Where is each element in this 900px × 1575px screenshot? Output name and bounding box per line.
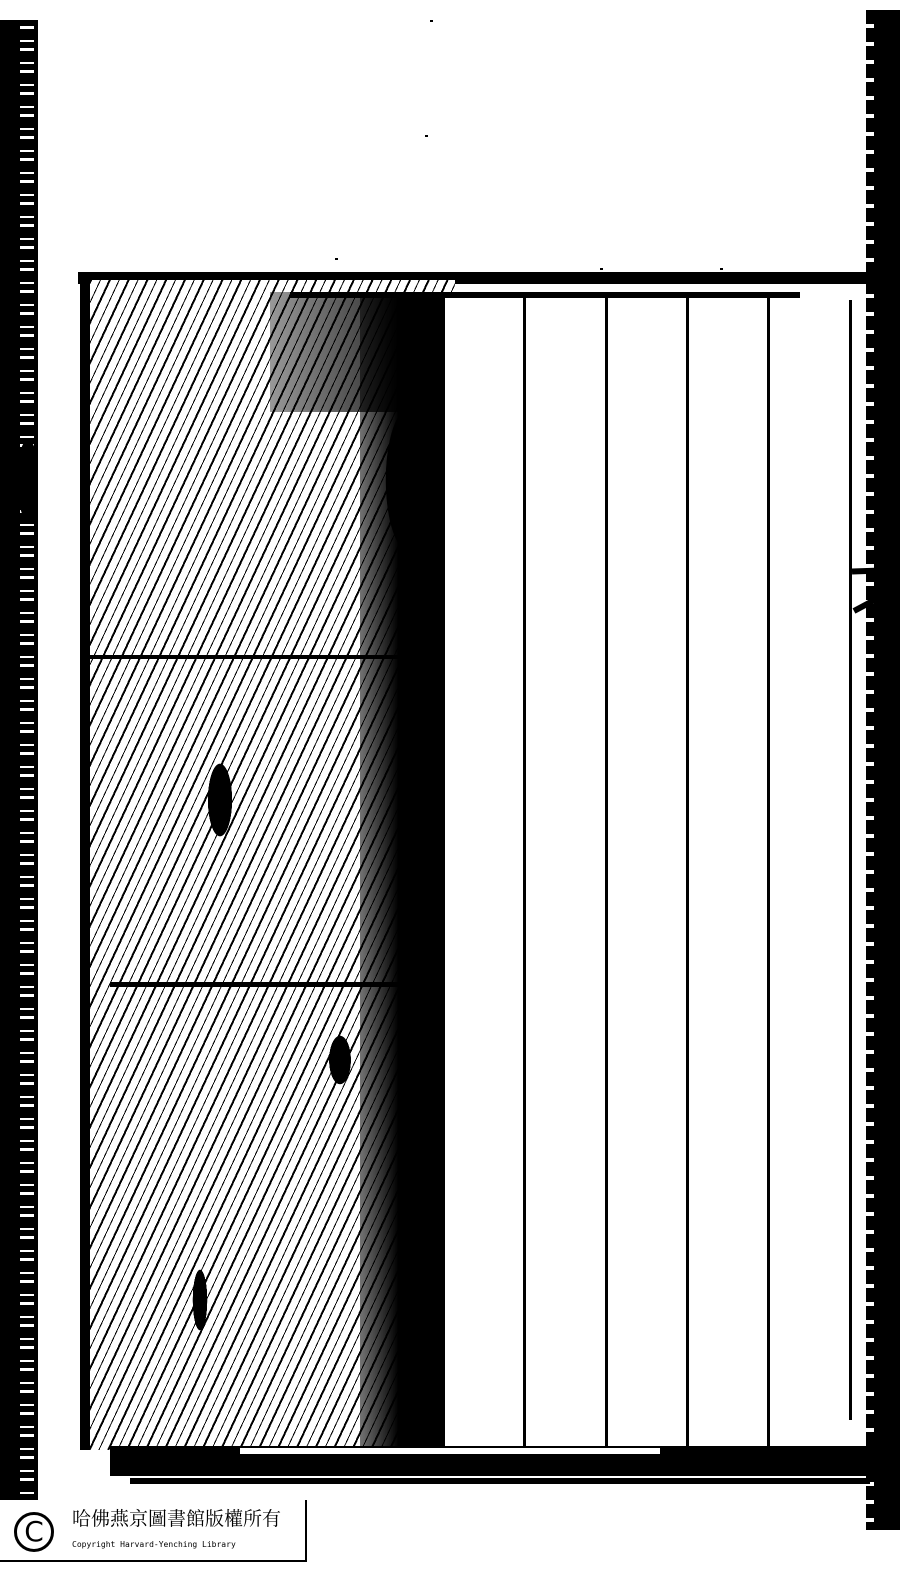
right-binding-texture xyxy=(866,10,874,1530)
scan-speck xyxy=(720,268,723,270)
column-rule xyxy=(686,298,689,1448)
text-block-top-rule xyxy=(290,292,800,298)
column-rule xyxy=(767,298,770,1448)
left-binding-edge xyxy=(0,20,20,1500)
cover-shadow-right xyxy=(360,292,445,1452)
left-page-edge xyxy=(34,20,38,1500)
scan-speck xyxy=(335,258,338,260)
frame-bottom-rule xyxy=(130,1478,870,1484)
scan-speck xyxy=(430,20,433,22)
column-rule xyxy=(523,298,526,1448)
binding-mark xyxy=(18,440,38,520)
cover-seam xyxy=(110,982,430,987)
right-binding-edge xyxy=(874,10,900,1530)
column-rule xyxy=(849,300,852,1420)
scan-speck xyxy=(425,135,428,137)
edge-mark xyxy=(852,567,882,574)
cover-seam xyxy=(90,655,420,659)
left-binding-texture xyxy=(20,20,34,1500)
column-rule xyxy=(605,298,608,1448)
copyright-english-text: Copyright Harvard-Yenching Library xyxy=(72,1540,236,1549)
scan-speck xyxy=(600,268,603,270)
copyright-icon: C xyxy=(14,1512,54,1552)
frame-bottom-highlight xyxy=(240,1448,660,1454)
blank-text-block xyxy=(445,298,855,1446)
copyright-chinese-text: 哈佛燕京圖書館版權所有 xyxy=(72,1504,281,1531)
